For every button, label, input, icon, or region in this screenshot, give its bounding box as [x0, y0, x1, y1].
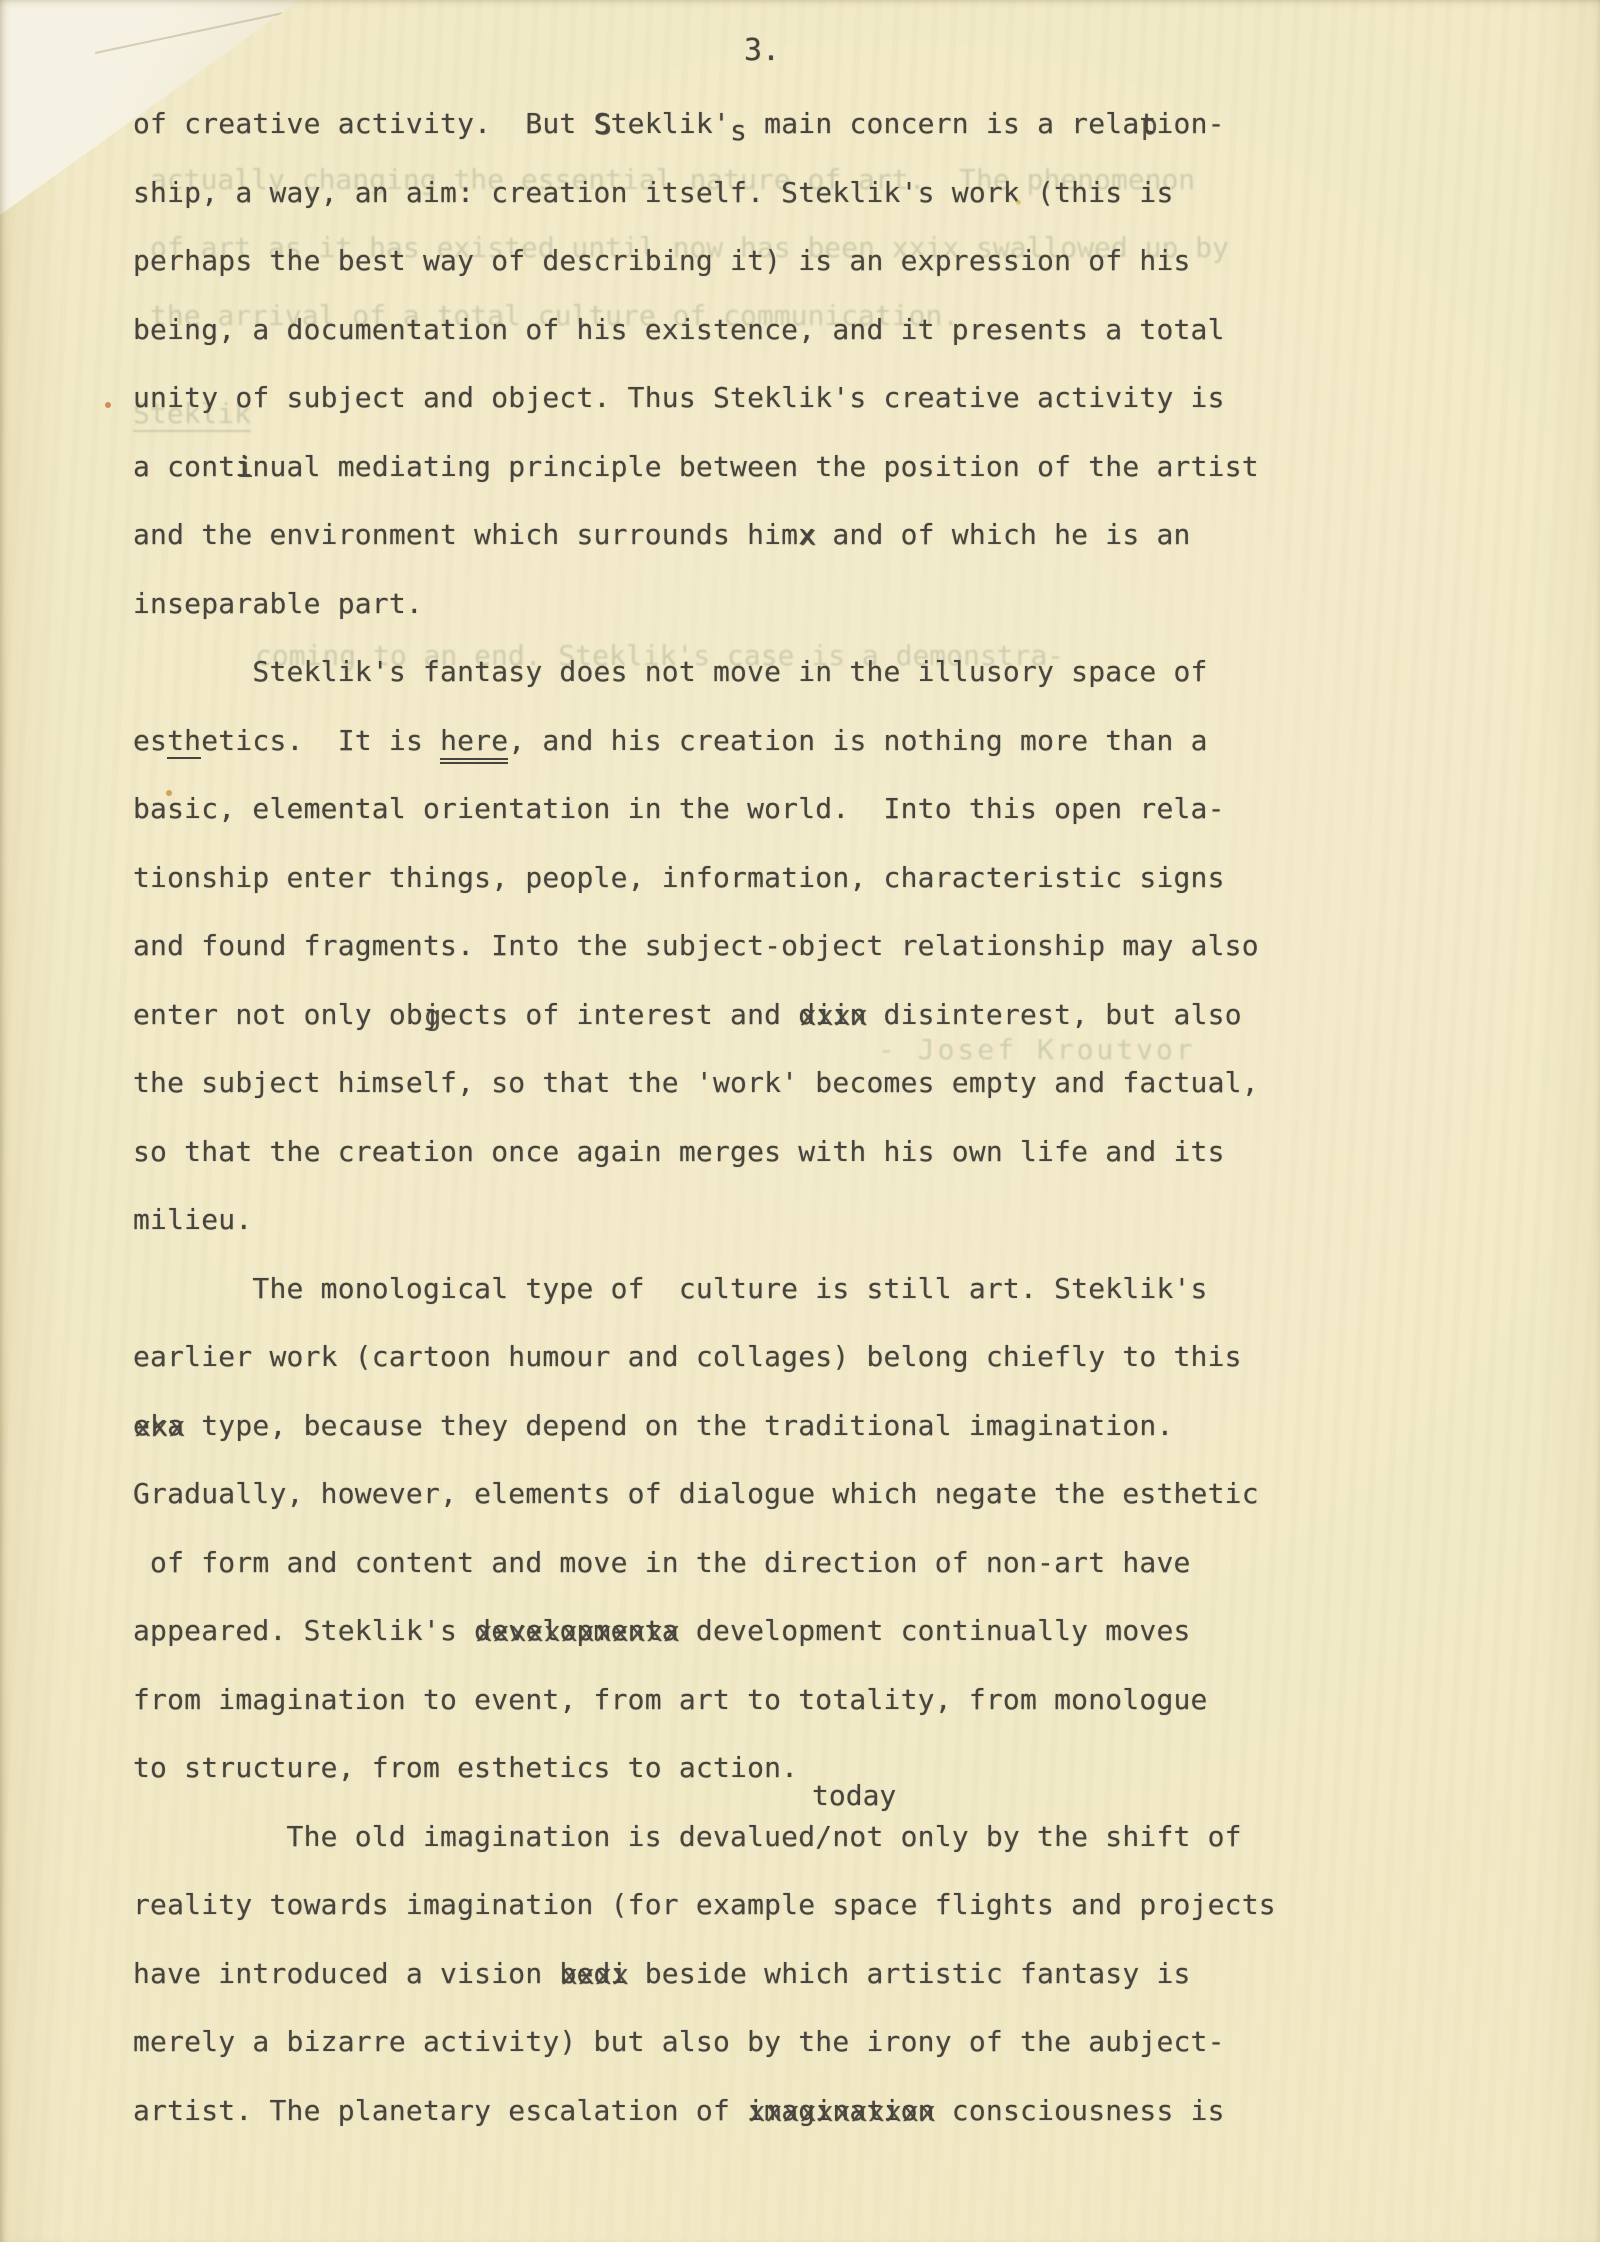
typed-line: and the environment which surrounds himx…	[133, 501, 1553, 570]
typed-line: of creative activity. But Steklik's main…	[133, 90, 1553, 159]
page-number: 3.	[744, 36, 780, 66]
typed-line: being, a documentation of his existence,…	[133, 296, 1553, 365]
typed-segment: of form and content and move in the dire…	[133, 1546, 1191, 1579]
overstruck-text: i	[235, 433, 252, 502]
typed-line: of form and content and move in the dire…	[133, 1529, 1553, 1598]
typed-segment: the subject himself, so that the 'work' …	[133, 1066, 1259, 1099]
typed-segment: and found fragments. Into the subject-ob…	[133, 929, 1259, 962]
typed-segment: disinterest, but also	[867, 998, 1242, 1031]
paper-speck	[166, 790, 172, 796]
typed-segment: to structure, from esthetics to action.	[133, 1751, 798, 1784]
typed-line: enter not only objects of interest and d…	[133, 981, 1553, 1050]
typed-line: the subject himself, so that the 'work' …	[133, 1049, 1553, 1118]
overstruck-text: j	[423, 981, 440, 1050]
typed-line: perhaps the best way of describing it) i…	[133, 227, 1553, 296]
typed-segment: s	[730, 114, 747, 147]
overstruck-text: t	[1139, 90, 1156, 159]
typed-line: merely a bizarre activity) but also by t…	[133, 2008, 1553, 2077]
typed-segment: perhaps the best way of describing it) i…	[133, 244, 1191, 277]
typed-segment: nual mediating principle between the pos…	[252, 450, 1258, 483]
typed-segment: a cont	[133, 450, 235, 483]
typed-segment: milieu.	[133, 1203, 252, 1236]
typed-segment: of creative activity. But	[133, 107, 594, 140]
typed-segment: being, a documentation of his existence,…	[133, 313, 1225, 346]
overstruck-text: x	[798, 501, 815, 570]
overstruck-text: developmenta	[474, 1597, 679, 1666]
typed-segment: Steklik's fantasy does not move in the i…	[133, 655, 1208, 688]
typed-segment: The monological type of culture is still…	[133, 1272, 1208, 1305]
typed-segment: th	[167, 724, 201, 759]
typed-segment: development continually moves	[679, 1614, 1191, 1647]
typed-segment: , and his creation is nothing more than …	[508, 724, 1207, 757]
typed-segment: etics. It is	[201, 724, 440, 757]
typed-segment: ion-	[1156, 107, 1224, 140]
typed-line: The old imagination is devalued/not only…	[133, 1803, 1553, 1872]
typed-line: artist. The planetary escalation of imag…	[133, 2077, 1553, 2146]
typed-line: basic, elemental orientation in the worl…	[133, 775, 1553, 844]
typed-line: from imagination to event, from art to t…	[133, 1666, 1553, 1735]
typed-segment: Gradually, however, elements of dialogue…	[133, 1477, 1259, 1510]
typed-line: reality towards imagination (for example…	[133, 1871, 1553, 1940]
typed-line: so that the creation once again merges w…	[133, 1118, 1553, 1187]
typed-segment: merely a bizarre activity) but also by t…	[133, 2025, 1225, 2058]
typed-segment: type, because they depend on the traditi…	[184, 1409, 1173, 1442]
overstruck-text: bedi	[559, 1940, 627, 2009]
paper-speck	[105, 402, 111, 408]
typed-segment: beside which artistic fantasy is	[628, 1957, 1191, 1990]
corner-crease-line	[95, 11, 287, 54]
typed-line: The monological type of culture is still…	[133, 1255, 1553, 1324]
typed-segment: basic, elemental orientation in the worl…	[133, 792, 1225, 825]
overstruck-text: imagination	[747, 2077, 935, 2146]
typed-segment: consciousness is	[935, 2094, 1225, 2127]
typed-line: Steklik's fantasy does not move in the i…	[133, 638, 1553, 707]
typed-segment: and of which he is an	[815, 518, 1190, 551]
typed-line: appeared. Steklik's developmenta develop…	[133, 1597, 1553, 1666]
typed-segment: enter not only ob	[133, 998, 423, 1031]
typed-line: have introduced a vision bedi beside whi…	[133, 1940, 1553, 2009]
typed-segment: es	[133, 724, 167, 757]
typed-line: milieu.	[133, 1186, 1553, 1255]
typed-segment: teklik'	[611, 107, 730, 140]
typed-line: and found fragments. Into the subject-ob…	[133, 912, 1553, 981]
typed-line: earlier work (cartoon humour and collage…	[133, 1323, 1553, 1392]
typed-line: esthetics. It is here, and his creation …	[133, 707, 1553, 776]
typed-segment: here	[440, 724, 508, 764]
typed-segment: have introduced a vision	[133, 1957, 559, 1990]
typed-text: of creative activity. But Steklik's main…	[133, 90, 1553, 2145]
typed-segment: ects of interest and	[440, 998, 798, 1031]
typed-line: inseparable part.	[133, 570, 1553, 639]
overstruck-text: eka	[133, 1392, 184, 1461]
typed-line: tionship enter things, people, informati…	[133, 844, 1553, 913]
typed-segment: tionship enter things, people, informati…	[133, 861, 1225, 894]
typed-segment: inseparable part.	[133, 587, 423, 620]
typed-segment: earlier work (cartoon humour and collage…	[133, 1340, 1242, 1373]
typed-line: eka type, because they depend on the tra…	[133, 1392, 1553, 1461]
typed-segment: reality towards imagination (for example…	[133, 1888, 1276, 1921]
typed-segment: artist. The planetary escalation of	[133, 2094, 747, 2127]
typed-segment: appeared. Steklik's	[133, 1614, 474, 1647]
typed-line: ship, a way, an aim: creation itself. St…	[133, 159, 1553, 228]
typed-segment: main concern is a rela	[747, 107, 1139, 140]
typed-segment: so that the creation once again merges w…	[133, 1135, 1225, 1168]
document-page: 3. actually changing the essential natur…	[0, 0, 1600, 2242]
typed-segment: and the environment which surrounds him	[133, 518, 798, 551]
inserted-word-today: today	[812, 1782, 896, 1810]
overstruck-text: diin	[798, 981, 866, 1050]
paper-speck	[1016, 200, 1021, 205]
overstruck-text: S	[594, 90, 611, 159]
typed-segment: The old imagination is devalued/not only…	[133, 1820, 1242, 1853]
typed-segment: unity of subject and object. Thus Stekli…	[133, 381, 1225, 414]
typed-segment: from imagination to event, from art to t…	[133, 1683, 1208, 1716]
typed-line: a continual mediating principle between …	[133, 433, 1553, 502]
typed-line: Gradually, however, elements of dialogue…	[133, 1460, 1553, 1529]
typed-line: unity of subject and object. Thus Stekli…	[133, 364, 1553, 433]
